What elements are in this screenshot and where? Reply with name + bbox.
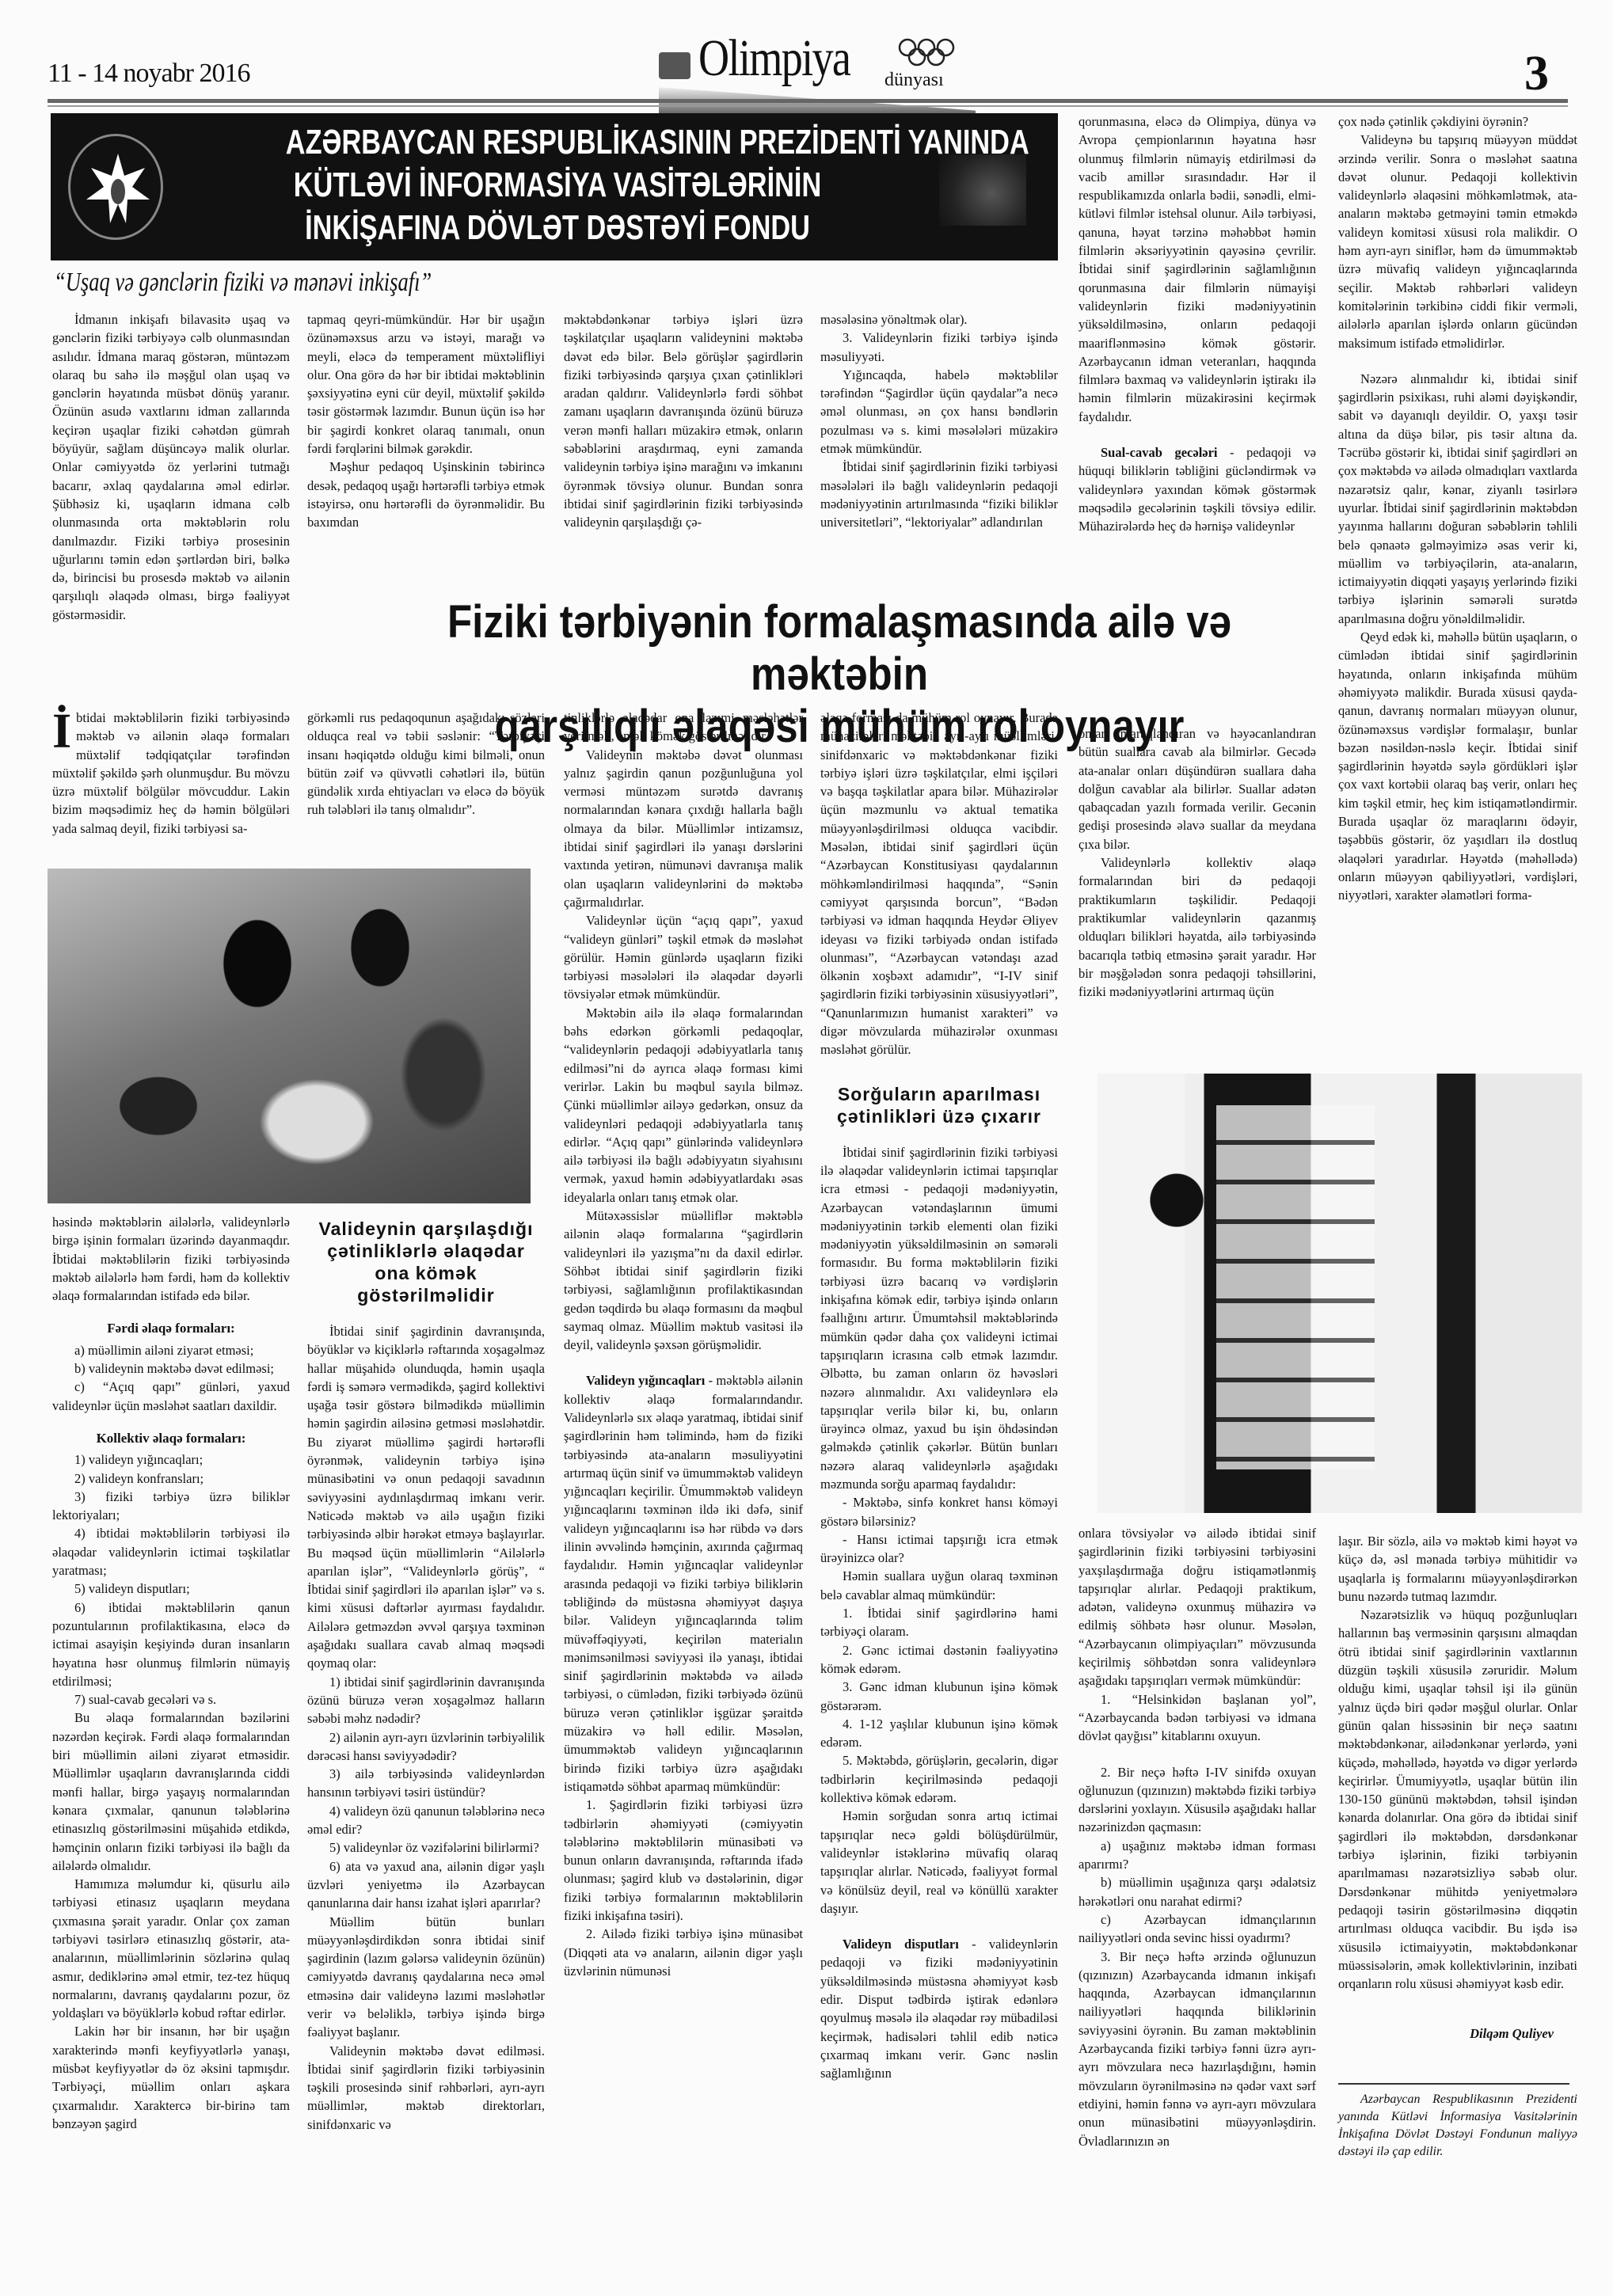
c4-p3: Həmin suallara uyğun olaraq təxminən bel…	[820, 1567, 1058, 1604]
film-paragraph: qorunmasına, eləcə də Olimpiya, dünya və…	[1079, 112, 1316, 426]
kollektiv-item: 5) valideyn disputları;	[52, 1579, 290, 1598]
c1-p2: Bu əlaqə formalarından bəzilərini nəzərd…	[52, 1709, 290, 1875]
c2-top: görkəmli rus pedaqoqunun aşağıdakı sözlə…	[307, 709, 545, 819]
c5-p2: Valideynlərlə kollektiv əlaqə formaların…	[1079, 853, 1316, 1001]
footnote-divider	[1338, 2083, 1569, 2085]
c1-intro: btidai məktəblilərin fiziki tərbiyəsində…	[52, 709, 290, 838]
fardi-item: a) müəllimin ailəni ziyarət etməsi;	[52, 1341, 290, 1359]
lead-col2-p1: tapmaq qeyri-mümkündür. Hər bir uşağın ö…	[307, 310, 545, 458]
c5-item: a) uşağınız məktəbə idman forması aparır…	[1079, 1837, 1316, 1874]
olympic-rings-icon	[896, 35, 960, 74]
col6-p4: Qeyd edək ki, məhəllə bütün uşaqların, o…	[1338, 628, 1577, 904]
lead-col3-p1: məktəbdənkənar tərbiyə işləri üzrə təşki…	[564, 310, 803, 532]
body-column-5-top: onları maraqlandıran və həyəcanlandıran …	[1079, 724, 1316, 1001]
body-column-6: laşır. Bir sözlə, ailə və məktəb kimi hə…	[1338, 1532, 1577, 2161]
disput-title: Valideyn disputları	[843, 1937, 959, 1952]
c3-p4: Mütəxəssislər müəlliflər məktəblə ailəni…	[564, 1207, 803, 1354]
c4-p1: əlaqə forması da mühüm rol oynayır. Bura…	[820, 709, 1058, 1059]
right-column-6: çox nədə çətinlik çəkdiyini öyrənin? Val…	[1338, 112, 1577, 904]
funding-footnote: Azərbaycan Respublikasının Prezidenti ya…	[1338, 2091, 1577, 2161]
fardi-title: Fərdi əlaqə formaları:	[52, 1319, 290, 1337]
body-column-1: həsində məktəblərin ailələrlə, valideynl…	[52, 1213, 290, 2133]
c6-p1: laşır. Bir sözlə, ailə və məktəb kimi hə…	[1338, 1532, 1577, 1606]
rubric-title: “Uşaq və gənclərin fiziki və mənəvi inki…	[54, 268, 432, 298]
author-byline: Dilqəm Quliyev	[1338, 2024, 1577, 2043]
c2-question: 6) ata və yaxud ana, ailənin digər yaşlı…	[307, 1857, 545, 1913]
survey-answer: 2. Gənc ictimai dəstənin fəaliyyətinə kö…	[820, 1641, 1058, 1678]
survey-question: - Məktəbə, sinfə konkret hansı köməyi gö…	[820, 1493, 1058, 1530]
c1-p4: Lakin hər bir insanın, hər bir uşağın xa…	[52, 2022, 290, 2133]
col6-p2: Valideynə bu tapşırıq müəyyən müddət ərz…	[1338, 131, 1577, 352]
c2-subheading: Valideynin qarşılaşdığı çətinliklərlə əl…	[307, 1218, 545, 1306]
c3-p2: Valideynlər üçün “açıq qapı”, yaxud “val…	[564, 911, 803, 1003]
kollektiv-item: 7) sual-cavab gecələri və s.	[52, 1690, 290, 1709]
lead-column-3: məktəbdənkənar tərbiyə işləri üzrə təşki…	[564, 310, 803, 532]
page-number: 3	[1524, 46, 1549, 102]
yigincaq-title: Valideyn yığıncaqları	[586, 1373, 705, 1388]
body-column-5: onlara tövsiyələr və ailədə ibtidai sini…	[1079, 1524, 1316, 2150]
body-column-1-top: İ btidai məktəblilərin fiziki tərbiyəsin…	[52, 709, 290, 838]
banner-title: AZƏRBAYCAN RESPUBLİKASININ PREZİDENTİ YA…	[286, 121, 829, 249]
flag-crescent-icon	[939, 154, 1026, 226]
c2-question: 3) ailə tərbiyəsində valideynlərdən hans…	[307, 1765, 545, 1802]
c4-subheading: Sorğuların aparılması çətinlikləri üzə ç…	[820, 1083, 1058, 1127]
lead-italic-column: İdmanın inkişafı bilavasitə uşaq və gənc…	[52, 310, 290, 624]
fund-banner: AZƏRBAYCAN RESPUBLİKASININ PREZİDENTİ YA…	[51, 113, 1058, 260]
c5-item: b) müəllimin uşağınıza qarşı ədalətsiz h…	[1079, 1873, 1316, 1910]
c3-item: 2. Ailədə fiziki tərbiyə işinə münasibət…	[564, 1925, 803, 1980]
lead-col4-p4: İbtidai sinif şagirdlərinin fiziki tərbi…	[820, 458, 1058, 531]
survey-answer: 1. İbtidai sinif şagirdlərinə hami tərbi…	[820, 1604, 1058, 1641]
banner-line-1: AZƏRBAYCAN RESPUBLİKASININ PREZİDENTİ YA…	[286, 121, 829, 164]
c6-p2: Nəzarətsizlik və hüquq pozğunluqları hal…	[1338, 1606, 1577, 1993]
c3-top: tinliklərlə əlaqədar ona lazımi məsləhət…	[564, 709, 803, 746]
sual-cavab-title: Sual-cavab gecələri	[1101, 445, 1218, 460]
kollektiv-item: 6) ibtidai məktəblilərin qanun pozuntula…	[52, 1598, 290, 1690]
c2-question: 1) ibtidai sinif şagirdlərinin davranışı…	[307, 1673, 545, 1728]
c5-p3: onlara tövsiyələr və ailədə ibtidai sini…	[1079, 1524, 1316, 1690]
children-gymnastics-photo	[48, 869, 531, 1203]
body-column-4: əlaqə forması da mühüm rol oynayır. Bura…	[820, 709, 1058, 2082]
fardi-item: c) “Açıq qapı” günləri, yaxud valideynlə…	[52, 1378, 290, 1415]
c3-p3: Məktəbin ailə ilə əlaqə formalarından bə…	[564, 1004, 803, 1207]
c2-question: 4) valideyn özü qanunun tələblərinə necə…	[307, 1802, 545, 1839]
kollektiv-item: 4) ibtidai məktəblilərin tərbiyəsi ilə ə…	[52, 1524, 290, 1579]
kollektiv-item: 1) valideyn yığıncaqları;	[52, 1450, 290, 1469]
fardi-item: b) valideynin məktəbə dəvət edilməsi;	[52, 1359, 290, 1378]
lead-column-4: məsələsinə yönəltmək olar). 3. Valideynl…	[820, 310, 1058, 532]
masthead: Olimpiya dünyası	[659, 29, 976, 92]
c4-p2: İbtidai sinif şagirdlərinin fiziki tərbi…	[820, 1143, 1058, 1494]
lead-col4-p3: Yığıncaqda, habelə məktəblilər tərəfində…	[820, 366, 1058, 458]
col6-p3: Nəzərə alınmalıdır ki, ibtidai sinif şag…	[1338, 370, 1577, 628]
c1-p1: həsində məktəblərin ailələrlə, valideynl…	[52, 1213, 290, 1305]
kollektiv-item: 3) fiziki tərbiyə üzrə biliklər lektoriy…	[52, 1488, 290, 1525]
body-column-2-top: görkəmli rus pedaqoqunun aşağıdakı sözlə…	[307, 709, 545, 819]
right-column-5-top: qorunmasına, eləcə də Olimpiya, dünya və…	[1079, 112, 1316, 536]
masthead-title: Olimpiya	[698, 29, 850, 89]
c5-item: 1. “Helsinkidən başlanan yol”, “Azərbayc…	[1079, 1690, 1316, 1746]
lead-col4-p2: 3. Valideynlərin fiziki tərbiyə işində m…	[820, 329, 1058, 366]
survey-answer: 3. Gənc idman klubunun işinə kömək göstə…	[820, 1678, 1058, 1715]
c2-p2: Müəllim bütün bunları müəyyənləşdirdikdə…	[307, 1913, 545, 2042]
survey-answer: 4. 1-12 yaşlılar klubunun işinə kömək ed…	[820, 1715, 1058, 1752]
c2-p3: Valideynin məktəbə dəvət edilməsi. İbtid…	[307, 2042, 545, 2134]
body-column-3: tinliklərlə əlaqədar ona lazımi məsləhət…	[564, 709, 803, 1980]
c5-p1: onları maraqlandıran və həyəcanlandıran …	[1079, 724, 1316, 853]
c3-item: 1. Şagirdlərin fiziki tərbiyəsi üzrə təd…	[564, 1796, 803, 1925]
lead-col2-p2: Məşhur pedaqoq Uşinskinin təbirincə desə…	[307, 458, 545, 531]
header-rule	[48, 99, 1568, 107]
masthead-subtitle: dünyası	[884, 70, 944, 91]
yigincaq-text: - məktəblə ailənin kollektiv əlaqə forma…	[564, 1373, 803, 1794]
state-emblem-icon	[68, 134, 163, 240]
banner-line-3: İNKİŞAFINA DÖVLƏT DƏSTƏYİ FONDU	[286, 207, 829, 249]
survey-answer: 5. Məktəbdə, görüşlərin, gecələrin, digə…	[820, 1751, 1058, 1807]
c4-p4: Həmin sorğudan sonra artıq ictimai tapşı…	[820, 1807, 1058, 1918]
col6-p1: çox nədə çətinlik çəkdiyini öyrənin?	[1338, 112, 1577, 131]
issue-date: 11 - 14 noyabr 2016	[48, 59, 249, 89]
lead-col4-p1: məsələsinə yönəltmək olar).	[820, 310, 1058, 329]
c2-p1: İbtidai sinif şagirdinin davranışında, b…	[307, 1322, 545, 1673]
lead-column-2: tapmaq qeyri-mümkündür. Hər bir uşağın ö…	[307, 310, 545, 532]
c5-item: 3. Bir neçə həftə ərzində oğlunuzun (qız…	[1079, 1948, 1316, 2150]
lead-intro: İdmanın inkişafı bilavasitə uşaq və gənc…	[52, 310, 290, 624]
masthead-logo-icon	[659, 52, 690, 79]
c5-item: c) Azərbaycan idmançılarının nailiyyətlə…	[1079, 1910, 1316, 1948]
disput-text: - valideynlərin pedaqoji və fiziki mədən…	[820, 1937, 1058, 2081]
body-column-2: Valideynin qarşılaşdığı çətinliklərlə əl…	[307, 1211, 545, 2134]
c2-question: 5) valideynlər öz vəzifələrini bilirlərm…	[307, 1838, 545, 1857]
dropcap-letter: İ	[52, 712, 71, 751]
banner-line-2: KÜTLƏVİ İNFORMASİYA VASİTƏLƏRİNİN	[286, 164, 829, 207]
kollektiv-item: 2) valideyn konfransları;	[52, 1469, 290, 1488]
c3-p1: Valideynin məktəbə dəvət olunması yalnız…	[564, 746, 803, 912]
c2-question: 2) ailənin ayrı-ayrı üzvlərinin tərbiyəl…	[307, 1728, 545, 1766]
headline-line-1: Fiziki tərbiyənin formalaşmasında ailə v…	[372, 596, 1306, 701]
c1-p3: Hamımıza məlumdur ki, qüsurlu ailə tərbi…	[52, 1875, 290, 2022]
kollektiv-title: Kollektiv əlaqə formaları:	[52, 1429, 290, 1447]
c5-item: 2. Bir neçə həftə I-IV sinifdə oxuyan oğ…	[1079, 1763, 1316, 1837]
children-wall-bars-photo	[1098, 1074, 1582, 1513]
survey-question: - Hansı ictimai tapşırığı icra etmək ürə…	[820, 1530, 1058, 1568]
